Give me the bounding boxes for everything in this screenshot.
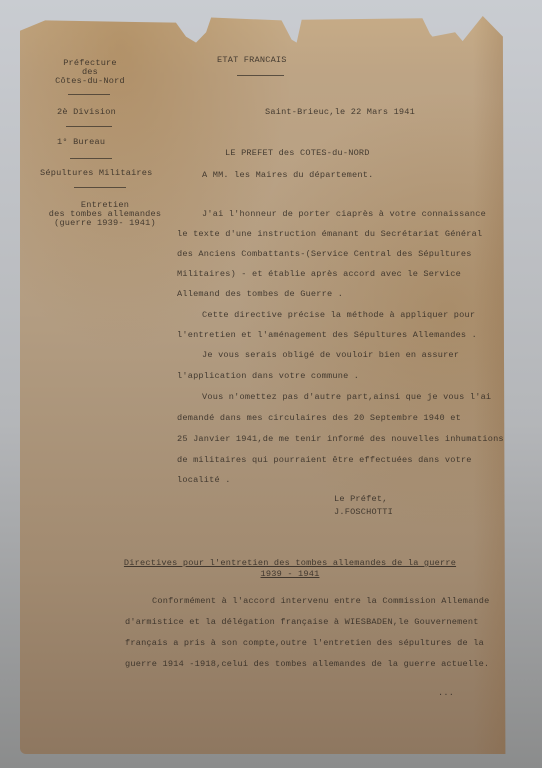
signature-title: Le Préfet, — [334, 494, 388, 504]
body-line: J'ai l'honneur de porter ciaprès à votre… — [202, 209, 486, 219]
body-line: le texte d'une instruction émanant du Se… — [177, 229, 482, 239]
divider — [68, 94, 110, 95]
body-line: l'application dans votre commune . — [177, 371, 359, 381]
body-line: Vous n'omettez pas d'autre part,ainsi qu… — [202, 392, 491, 402]
divider — [74, 187, 126, 188]
divider — [70, 158, 112, 159]
directive-title: Directives pour l'entretien des tombes a… — [100, 558, 480, 568]
state-header: ETAT FRANCAIS — [217, 55, 287, 65]
body-line: de militaires qui pourraient être effect… — [177, 455, 472, 465]
service-label: Sépultures Militaires — [40, 168, 153, 178]
recipient: A MM. les Maires du département. — [202, 170, 373, 180]
prefecture-department: Côtes-du-Nord — [40, 76, 140, 86]
place-date: Saint-Brieuc,le 22 Mars 1941 — [265, 107, 415, 117]
body-line: 25 Janvier 1941,de me tenir informé des … — [177, 434, 504, 444]
continuation-marker: ... — [438, 688, 454, 698]
bureau-label: 1° Bureau — [57, 137, 105, 147]
subject-line-3: (guerre 1939- 1941) — [45, 218, 165, 228]
body-line: des Anciens Combattants-(Service Central… — [177, 249, 472, 259]
divider — [66, 126, 112, 127]
body-line: Je vous serais obligé de vouloir bien en… — [202, 350, 459, 360]
body-line: Militaires) - et établie après accord av… — [177, 269, 461, 279]
body-line: Allemand des tombes de Guerre . — [177, 289, 343, 299]
directive-line: d'armistice et la délégation française à… — [125, 617, 479, 627]
body-line: demandé dans mes circulaires des 20 Sept… — [177, 413, 461, 423]
body-line: localité . — [177, 475, 231, 485]
body-line: Cette directive précise la méthode à app… — [202, 310, 475, 320]
directive-line: Conformément à l'accord intervenu entre … — [152, 596, 490, 606]
signature-name: J.FOSCHOTTI — [334, 507, 393, 517]
divider — [237, 75, 284, 76]
sender: LE PREFET des COTES-du-NORD — [225, 148, 370, 158]
directive-line: guerre 1914 -1918,celui des tombes allem… — [125, 659, 489, 669]
division-label: 2è Division — [57, 107, 116, 117]
directive-years: 1939 - 1941 — [100, 569, 480, 579]
body-line: l'entretien et l'aménagement des Sépultu… — [177, 330, 477, 340]
directive-line: français a pris à son compte,outre l'ent… — [125, 638, 484, 648]
